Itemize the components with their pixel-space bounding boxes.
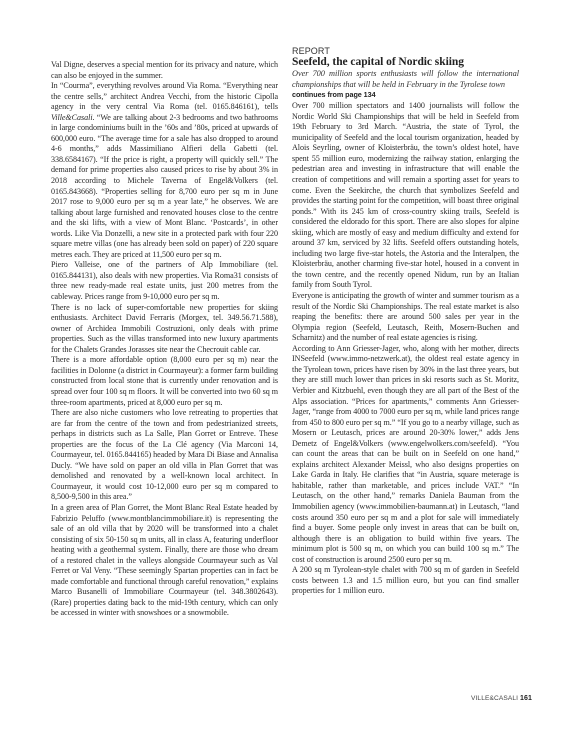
body-paragraph: Over 700 million spectators and 1400 jou…	[292, 101, 519, 291]
magazine-brand: VILLE&CASALI	[471, 695, 518, 702]
article-headline: Seefeld, the capital of Nordic skiing	[292, 56, 519, 69]
continuation-note: continues from page 134	[292, 90, 519, 100]
left-article-column: Val Digne, deserves a special mention fo…	[51, 60, 278, 619]
body-paragraph: According to Ann Griesser-Jager, who, al…	[292, 344, 519, 565]
body-paragraph: There is no lack of super-comfortable ne…	[51, 303, 278, 356]
article-standfirst: Over 700 million sports enthusiasts will…	[292, 69, 519, 90]
body-paragraph: A 200 sq m Tyrolean-style chalet with 70…	[292, 565, 519, 597]
body-paragraph: Val Digne, deserves a special mention fo…	[51, 60, 278, 81]
body-paragraph: In a green area of Plan Gorret, the Mont…	[51, 503, 278, 619]
body-text: In “Courma”, everything revolves around …	[51, 81, 278, 111]
body-paragraph: Piero Valleise, one of the partners of A…	[51, 260, 278, 302]
right-article-column: REPORT Seefeld, the capital of Nordic sk…	[292, 46, 519, 597]
body-paragraph: Everyone is anticipating the growth of w…	[292, 291, 519, 344]
body-paragraph: There are also niche customers who love …	[51, 408, 278, 503]
page-number: 161	[520, 695, 532, 702]
magazine-name-italic: Ville&Casali	[51, 113, 93, 122]
section-label: REPORT	[292, 46, 519, 56]
page-footer: VILLE&CASALI161	[471, 694, 532, 703]
body-paragraph: There is a more affordable option (8,000…	[51, 355, 278, 408]
body-text: . “We are talking about 2-3 bedrooms and…	[51, 113, 278, 259]
body-paragraph: In “Courma”, everything revolves around …	[51, 81, 278, 260]
